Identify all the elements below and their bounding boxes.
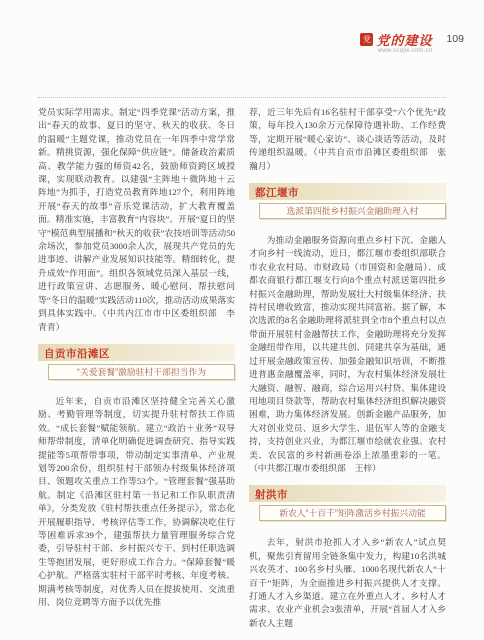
magazine-url: www.scdjw.com.cn [378, 48, 433, 54]
continued-paragraph-zigong: 荐，近三年先后有16名驻村干部享受“六个优先”政策，每年投入130余万元保障待遇… [249, 106, 446, 173]
continued-paragraph-neijiang: 党员实际学用需求。制定“四季党课”活动方案，推出“春天的故事、夏日的坚守、秋天的… [38, 106, 235, 334]
section-header-bar: 都江堰市 [249, 183, 446, 200]
section-header-bar: 自贡市沿滩区 [38, 344, 235, 361]
seal-icon: 党 [360, 33, 373, 46]
dotted-divider [38, 97, 446, 98]
right-column: 荐，近三年先后有16名驻村干部享受“六个优先”政策，每年投入130余万元保障待遇… [249, 106, 446, 630]
section-dujiangyan: 都江堰市 选派第四批乡村振兴金融助理入村 [249, 183, 446, 219]
section-shehong: 射洪市 新农人“十百千”矩阵激活乡村振兴动能 [249, 485, 446, 521]
section-subtitle: “关爱套餐”激励驻村干部担当作为 [48, 364, 235, 380]
magazine-page: { "page": { "number": "109", "logo": { "… [0, 0, 484, 640]
article-columns: 党员实际学用需求。制定“四季党课”活动方案，推出“春天的故事、夏日的坚守、秋天的… [38, 106, 446, 630]
section-title: 自贡市沿滩区 [44, 348, 110, 360]
page-number: 109 [446, 30, 464, 45]
paragraph-shehong: 去年，射洪市抢抓人才入乡“新农人”试点契机，聚焦引育留用全链条集中发力，构建10… [249, 536, 446, 630]
section-zigong-yantan: 自贡市沿滩区 “关爱套餐”激励驻村干部担当作为 [38, 344, 235, 380]
page-header: 党 党的建设 www.scdjw.com.cn 109 [360, 30, 464, 54]
magazine-logo: 党 党的建设 www.scdjw.com.cn [360, 30, 432, 54]
paragraph-dujiangyan: 为推动金融服务资源向重点乡村下沉、金融人才向乡村一线流动，近日，都江堰市委组织部… [249, 234, 446, 475]
section-subtitle: 选派第四批乡村振兴金融助理入村 [259, 203, 446, 219]
section-subtitle: 新农人“十百千”矩阵激活乡村振兴动能 [259, 505, 446, 521]
section-header-bar: 射洪市 [249, 485, 446, 502]
section-title: 都江堰市 [255, 187, 299, 199]
magazine-brand: 党的建设 [376, 30, 432, 49]
left-column: 党员实际学用需求。制定“四季党课”活动方案，推出“春天的故事、夏日的坚守、秋天的… [38, 106, 235, 630]
section-title: 射洪市 [255, 489, 288, 501]
paragraph-zigong: 近年来，自贡市沿滩区坚持健全完善关心激励、考勤管理等制度，切实提升驻村帮扶工作质… [38, 395, 235, 610]
